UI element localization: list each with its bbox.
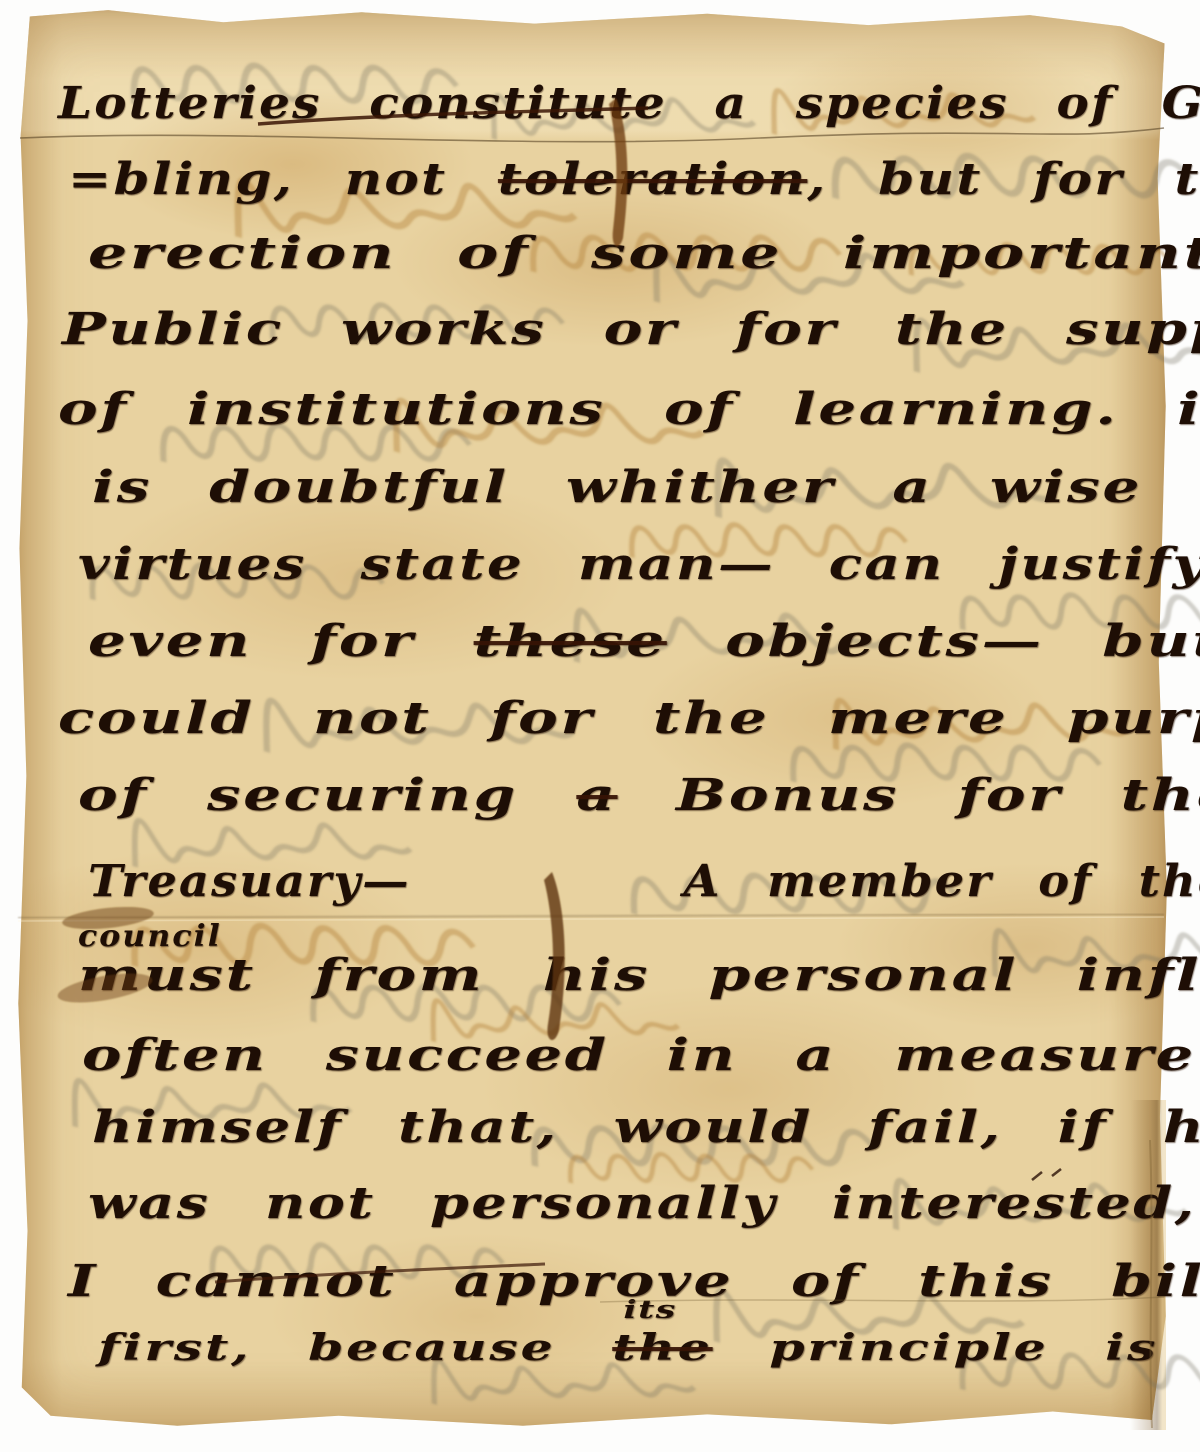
stray-pen-stroke (1032, 1169, 1061, 1180)
ink-smudge (61, 903, 155, 933)
stray-pen-stroke (215, 1264, 545, 1282)
artifact-overlay (0, 0, 1200, 1452)
scanned-document: Lotteries constitute a species of Gam-=b… (0, 0, 1200, 1452)
stray-pen-stroke (258, 108, 648, 124)
ink-smudge (56, 968, 155, 1008)
ink-smear (609, 98, 627, 246)
ink-smear (544, 872, 565, 1040)
fold-crease-line (1150, 1140, 1152, 1428)
fold-crease-line (600, 1297, 1164, 1302)
fold-crease-line (20, 128, 1164, 142)
